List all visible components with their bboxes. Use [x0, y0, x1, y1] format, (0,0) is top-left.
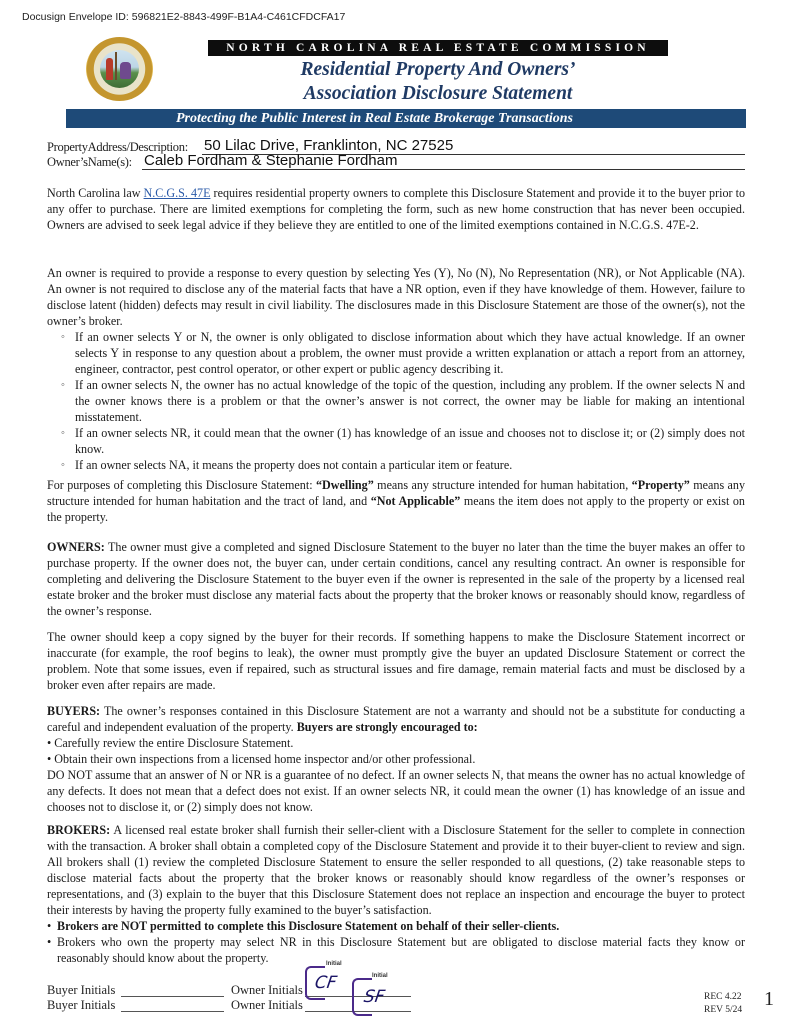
- owner-names-field[interactable]: Caleb Fordham & Stephanie Fordham: [144, 152, 397, 169]
- seal-pole: [115, 52, 117, 80]
- response-options-paragraph: An owner is required to provide a respon…: [47, 265, 745, 329]
- seal-figure-right: [120, 62, 131, 79]
- buyer-initials-field-2[interactable]: [121, 1011, 224, 1012]
- buyers-strong-text: Buyers are strongly encouraged to:: [297, 720, 478, 734]
- response-options-list: If an owner selects Y or N, the owner is…: [47, 329, 745, 473]
- term-property: “Property”: [632, 478, 690, 492]
- form-title-line-2: Association Disclosure Statement: [208, 83, 668, 105]
- owner2-initial-tag: Initial: [372, 973, 388, 979]
- owner-names-row: Owner’sName(s): Caleb Fordham & Stephani…: [47, 153, 745, 170]
- ncgs-47e-link[interactable]: N.C.G.S. 47E: [144, 186, 211, 200]
- seal-figure-left: [106, 58, 113, 80]
- list-item: If an owner selects N, the owner has no …: [75, 377, 745, 425]
- list-item: If an owner selects NA, it means the pro…: [75, 457, 745, 473]
- definitions-text: means any structure intended for human h…: [374, 478, 632, 492]
- owner-names-label: Owner’sName(s):: [47, 155, 132, 170]
- form-title-line-1: Residential Property And Owners’: [208, 59, 668, 81]
- buyers-section: BUYERS: The owner’s responses contained …: [47, 703, 745, 815]
- owners-heading: OWNERS:: [47, 540, 105, 554]
- response-options-section: An owner is required to provide a respon…: [47, 265, 745, 473]
- brokers-text: A licensed real estate broker shall furn…: [47, 823, 745, 917]
- owners-copy-paragraph: The owner should keep a copy signed by t…: [47, 629, 745, 693]
- owner2-initial-signature[interactable]: SF: [363, 987, 386, 1007]
- brokers-section: BROKERS: A licensed real estate broker s…: [47, 822, 745, 966]
- list-item: Brokers are NOT permitted to complete th…: [47, 918, 745, 934]
- term-dwelling: “Dwelling”: [316, 478, 374, 492]
- buyer-initials-field-1[interactable]: [121, 996, 224, 997]
- list-item: If an owner selects NR, it could mean th…: [75, 425, 745, 457]
- tagline-banner: Protecting the Public Interest in Real E…: [66, 109, 746, 128]
- list-item: • Carefully review the entire Disclosure…: [47, 735, 745, 751]
- term-not-applicable: “Not Applicable”: [371, 494, 461, 508]
- buyers-heading: BUYERS:: [47, 704, 100, 718]
- owner1-initial-tag: Initial: [326, 961, 342, 967]
- brokers-not-permitted-text: Brokers are NOT permitted to complete th…: [57, 919, 559, 933]
- owners-copy-text: The owner should keep a copy signed by t…: [47, 629, 745, 693]
- definitions-text: For purposes of completing this Disclosu…: [47, 478, 316, 492]
- buyer-initials-label-2: Buyer Initials: [47, 998, 115, 1013]
- form-rec-number: REC 4.22: [704, 992, 741, 1002]
- buyers-warning: DO NOT assume that an answer of N or NR …: [47, 767, 745, 815]
- list-item: Brokers who own the property may select …: [47, 934, 745, 966]
- form-revision-date: REV 5/24: [704, 1005, 742, 1015]
- intro-paragraph: North Carolina law N.C.G.S. 47E requires…: [47, 185, 745, 233]
- nc-commission-seal-icon: [86, 37, 153, 101]
- brokers-list: Brokers are NOT permitted to complete th…: [47, 918, 745, 966]
- owners-text: The owner must give a completed and sign…: [47, 540, 745, 618]
- owners-section: OWNERS: The owner must give a completed …: [47, 539, 745, 619]
- owner-names-underline: [142, 169, 745, 170]
- definitions-paragraph: For purposes of completing this Disclosu…: [47, 477, 745, 525]
- buyers-list: • Carefully review the entire Disclosure…: [47, 735, 745, 767]
- owner1-initial-signature[interactable]: CF: [314, 973, 338, 993]
- list-item: • Obtain their own inspections from a li…: [47, 751, 745, 767]
- page-number: 1: [764, 988, 774, 1011]
- commission-name-bar: NORTH CAROLINA REAL ESTATE COMMISSION: [208, 40, 668, 56]
- brokers-heading: BROKERS:: [47, 823, 110, 837]
- owner-initials-label-1: Owner Initials: [231, 983, 303, 998]
- buyer-initials-label-1: Buyer Initials: [47, 983, 115, 998]
- list-item: If an owner selects Y or N, the owner is…: [75, 329, 745, 377]
- owner-initials-label-2: Owner Initials: [231, 998, 303, 1013]
- intro-text-start: North Carolina law: [47, 186, 144, 200]
- docusign-envelope-id: Docusign Envelope ID: 596821E2-8843-499F…: [22, 11, 345, 23]
